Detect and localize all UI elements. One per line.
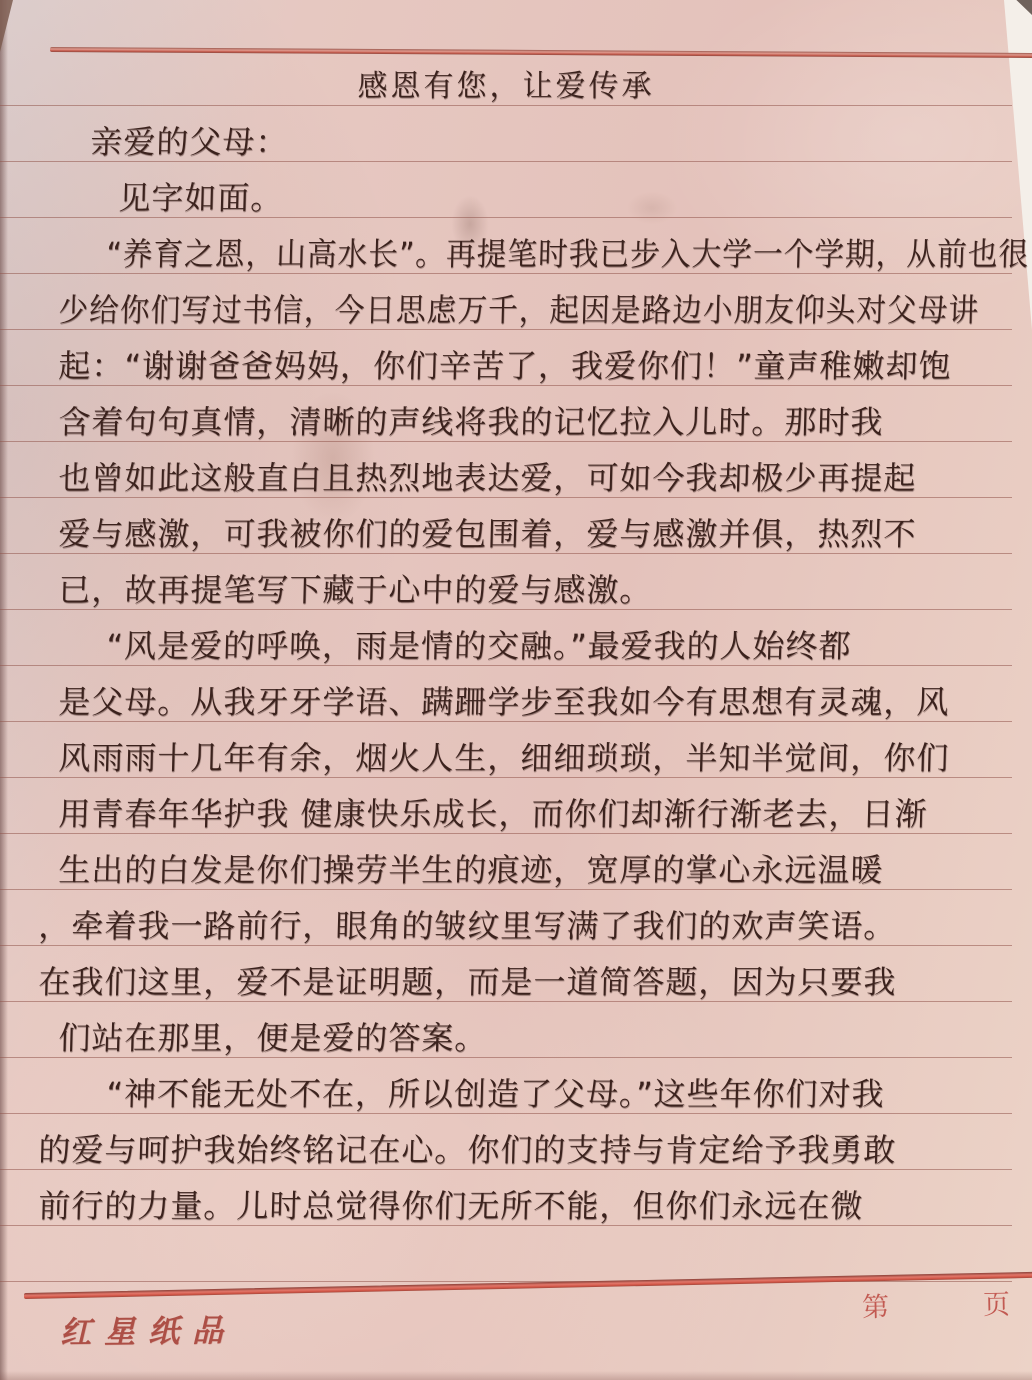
- letter-line: 是父母。从我牙牙学语、蹒跚学步至我如今有思想有灵魂，风: [0, 666, 1012, 722]
- letter-line: “风是爱的呼唤，雨是情的交融。”最爱我的人始终都: [0, 610, 1012, 666]
- salutation-text: 亲爱的父母：: [90, 126, 289, 158]
- letter-line: 风雨雨十几年有余，烟火人生，细细琐琐，半知半觉间，你们: [0, 722, 1012, 778]
- letter-line: 用青春年华护我 健康快乐成长，而你们却渐行渐老去，日渐: [0, 778, 1012, 834]
- paper-bottom-shadow: [0, 1371, 1032, 1380]
- letter-line: 生出的白发是你们操劳半生的痕迹，宽厚的掌心永远温暖: [0, 834, 1012, 890]
- page-number-label: 第 页: [862, 1282, 1011, 1324]
- letter-line: 也曾如此这般直白且热烈地表达爱，可如今我却极少再提起: [0, 442, 1012, 498]
- letter-line: 在我们这里，爱不是证明题，而是一道简答题，因为只要我: [0, 946, 1012, 1002]
- ruled-line-empty: [0, 1226, 1012, 1282]
- letter-line: 已，故再提笔写下藏于心中的爱与感激。: [0, 554, 1012, 610]
- paper-brand: 红星纸品: [60, 1305, 237, 1352]
- letter-line: 前行的力量。儿时总觉得你们无所不能，但你们永远在微: [0, 1170, 1012, 1226]
- title-row: 感恩有您，让爱传承: [0, 50, 1012, 106]
- letter-line: 爱与感激，可我被你们的爱包围着，爱与感激并俱，热烈不: [0, 498, 1012, 554]
- letter-line: “养育之恩，山高水长”。再提笔时我已步入大学一个学期，从前也很: [0, 218, 1012, 274]
- page-suffix: 页: [983, 1282, 1011, 1322]
- page-prefix: 第: [862, 1285, 890, 1325]
- letter-line: 起：“谢谢爸爸妈妈，你们辛苦了，我爱你们！”童声稚嫩却饱: [0, 330, 1012, 386]
- letter-line: 们站在那里，便是爱的答案。: [0, 1002, 1012, 1058]
- letter-photo: 感恩有您，让爱传承 亲爱的父母： 见字如面。 “养育之恩，山高水长”。再提笔时我…: [0, 0, 1032, 1380]
- letter-line: 见字如面。: [0, 162, 1012, 218]
- letter-title: 感恩有您，让爱传承: [358, 72, 655, 102]
- letter-line: 少给你们写过书信，今日思虑万千，起因是路边小朋友仰头对父母讲: [0, 274, 1012, 330]
- letter-line: ，牵着我一路前行，眼角的皱纹里写满了我们的欢声笑语。: [0, 890, 1012, 946]
- greeting-text: 见字如面。: [118, 182, 284, 214]
- letter-line: 含着句句真情，清晰的声线将我的记忆拉入儿时。那时我: [0, 386, 1012, 442]
- letter-body: 感恩有您，让爱传承 亲爱的父母： 见字如面。 “养育之恩，山高水长”。再提笔时我…: [0, 50, 1012, 1282]
- letter-line: 亲爱的父母：: [0, 106, 1012, 162]
- letter-line: 的爱与呵护我始终铭记在心。你们的支持与肯定给予我勇敢: [0, 1114, 1012, 1170]
- letter-line: “神不能无处不在，所以创造了父母。”这些年你们对我: [0, 1058, 1012, 1114]
